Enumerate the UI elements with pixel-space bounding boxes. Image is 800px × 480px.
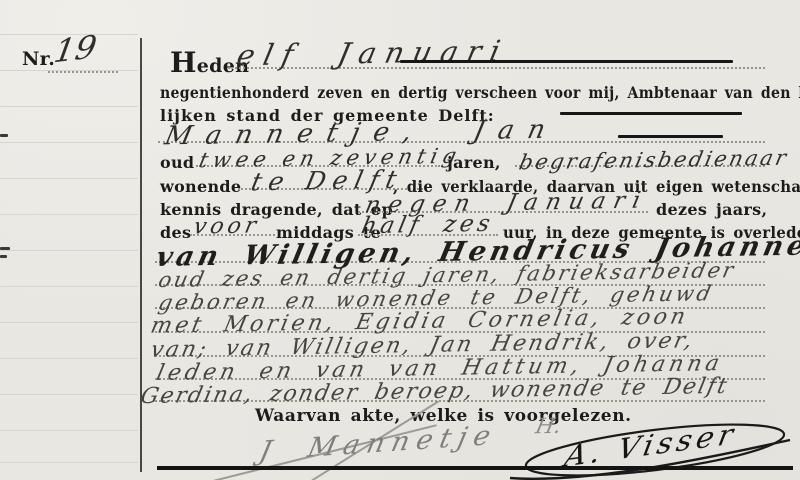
declarant-occupation-handwriting: begrafenisbedienaar [517,146,791,175]
nr-value-handwriting: 19 [51,28,99,71]
edge-mark [0,134,8,137]
strike-line [400,60,733,63]
edge-mark [0,247,10,250]
ghost-line [0,322,138,323]
jaren-label: jaren, [447,153,501,172]
nr-label: Nr. [22,48,55,70]
date-handwriting: elf Januari [234,34,512,73]
ghost-line [0,430,138,431]
wonende-label: wonende [160,177,241,196]
death-time-handwriting: half zes [359,211,496,239]
ghost-line [0,142,138,143]
ghost-line [0,462,138,463]
des-label: des [160,223,191,242]
ghost-line [0,214,138,215]
strike-line [560,112,742,115]
daypart-handwriting: voor [191,213,262,239]
edge-mark [0,255,7,258]
certificate-scan: Nr. 19 Heden elf Januari negentienhonder… [0,0,800,480]
ghost-line [0,286,138,287]
declarant-signature: J Mannetje [257,420,501,467]
dezes-jaars-text: dezes jaars, [656,200,767,219]
ghost-line [0,250,138,251]
kennis-text: kennis dragende, dat op [160,200,393,219]
ghost-line [0,358,138,359]
ghost-line [0,394,138,395]
oud-label: oud [160,153,194,172]
ghost-line [0,178,138,179]
ghost-line [0,106,138,107]
dotted-line [48,71,118,73]
strike-line [618,135,723,138]
printed-intro-line: negentienhonderd zeven en dertig versche… [160,83,800,102]
bottom-rule [157,466,793,470]
